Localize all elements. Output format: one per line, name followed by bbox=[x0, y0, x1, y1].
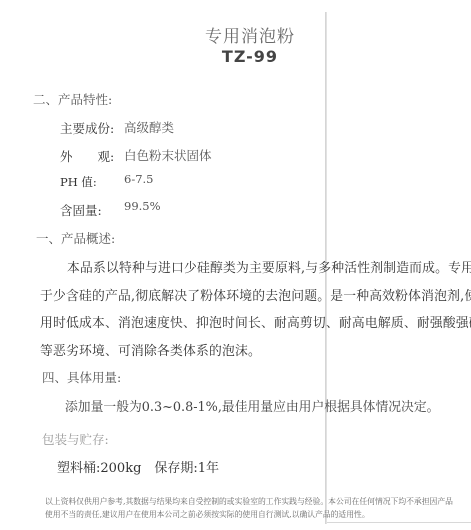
packaging-text: 塑料桶:200kg 保存期:1年 bbox=[57, 457, 219, 476]
property-label-solids: 含固量: bbox=[60, 201, 102, 219]
page-edge bbox=[327, 522, 471, 523]
properties-heading: 二、产品特性: bbox=[33, 90, 112, 108]
dosage-text: 添加量一般为0.3~0.8-1%,最佳用量应由用户根据具体情况决定。 bbox=[65, 396, 439, 415]
product-model: TZ-99 bbox=[150, 47, 350, 66]
property-label-appearance: 外 观: bbox=[60, 147, 114, 165]
property-value-ingredient: 高级醇类 bbox=[124, 118, 174, 136]
overview-line-1: 本品系以特种与进口少硅醇类为主要原料,与多种活性剂制造而成。专用 bbox=[67, 257, 471, 276]
property-value-ph: 6-7.5 bbox=[124, 172, 154, 186]
document-title: 专用消泡粉 bbox=[150, 22, 350, 47]
packaging-heading: 包装与贮存: bbox=[42, 430, 109, 448]
overview-heading: 一、产品概述: bbox=[36, 229, 115, 247]
overview-line-3: 用时低成本、消泡速度快、抑泡时间长、耐高剪切、耐高电解质、耐强酸强碱 bbox=[40, 312, 471, 331]
disclaimer-line-1: 以上资料仅供用户参考,其数据与结果均来自受控制的或实验室的工作实践与经验。本公司… bbox=[45, 496, 453, 507]
overview-line-2: 于少含硅的产品,彻底解决了粉体环境的去泡问题。是一种高效粉体消泡剂,使 bbox=[40, 285, 471, 304]
overview-line-4: 等恶劣环境、可消除各类体系的泡沫。 bbox=[40, 340, 261, 359]
property-label-ingredient: 主要成份: bbox=[60, 119, 114, 137]
property-value-solids: 99.5% bbox=[124, 199, 161, 213]
property-value-appearance: 白色粉末状固体 bbox=[124, 146, 212, 164]
dosage-heading: 四、具体用量: bbox=[42, 368, 121, 386]
disclaimer-line-2: 使用不当的责任,建议用户在使用本公司之前必须按实际的使用自行测试,以确认产品的适… bbox=[45, 509, 370, 520]
property-label-ph: PH 值: bbox=[60, 174, 97, 190]
